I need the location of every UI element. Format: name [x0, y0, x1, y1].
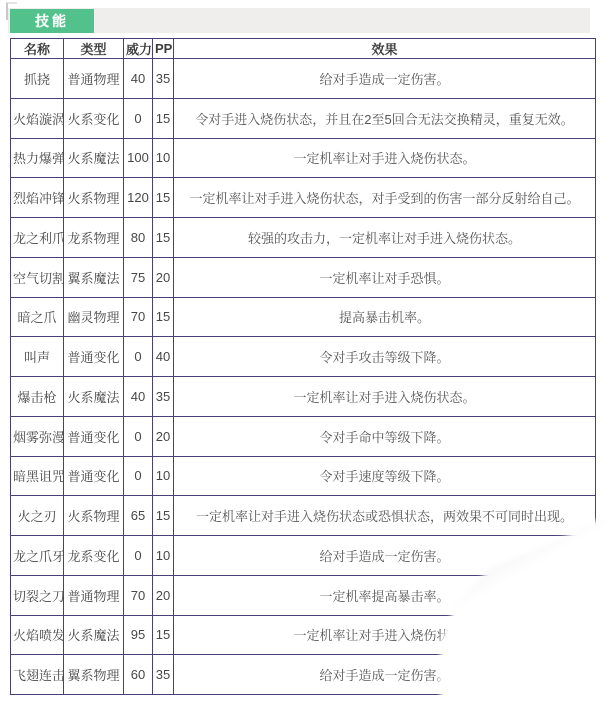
- skill-power-cell: 0: [124, 456, 153, 496]
- section-header-strip: [8, 8, 590, 33]
- skill-effect-cell: 令对手攻击等级下降。: [174, 337, 596, 377]
- page: 技能 名称 类型 威力 PP 效果 抓挠 普通物理 40 35 给对手造成一定伤…: [0, 0, 605, 702]
- skill-pp-cell: 10: [153, 456, 174, 496]
- skill-power-cell: 95: [124, 615, 153, 655]
- skill-type-cell: 普通物理: [64, 59, 124, 99]
- skill-table-body: 抓挠 普通物理 40 35 给对手造成一定伤害。 火焰漩涡 火系变化 0 15 …: [11, 59, 596, 695]
- skill-effect-cell: 一定机率让对手进入烧伤状态。: [174, 615, 596, 655]
- skill-name-cell: 爆击枪: [11, 377, 64, 417]
- skill-pp-cell: 15: [153, 178, 174, 218]
- skill-type-cell: 龙系物理: [64, 218, 124, 258]
- skill-pp-cell: 20: [153, 257, 174, 297]
- skill-power-cell: 70: [124, 297, 153, 337]
- skill-effect-cell: 给对手造成一定伤害。: [174, 536, 596, 576]
- skill-name-cell: 抓挠: [11, 59, 64, 99]
- skill-table: 名称 类型 威力 PP 效果 抓挠 普通物理 40 35 给对手造成一定伤害。 …: [10, 38, 596, 695]
- skill-name-cell: 龙之利爪: [11, 218, 64, 258]
- skill-power-cell: 60: [124, 655, 153, 695]
- skill-name-cell: 飞翅连击: [11, 655, 64, 695]
- skill-type-cell: 火系魔法: [64, 615, 124, 655]
- skill-name-cell: 火焰喷发: [11, 615, 64, 655]
- table-row: 切裂之刀 普通物理 70 20 一定机率提高暴击率。: [11, 575, 596, 615]
- header-effect: 效果: [174, 39, 596, 59]
- table-header-row: 名称 类型 威力 PP 效果: [11, 39, 596, 59]
- skill-name-cell: 切裂之刀: [11, 575, 64, 615]
- skill-pp-cell: 20: [153, 416, 174, 456]
- skill-type-cell: 普通变化: [64, 337, 124, 377]
- skill-power-cell: 0: [124, 536, 153, 576]
- skill-name-cell: 火焰漩涡: [11, 98, 64, 138]
- skill-power-cell: 80: [124, 218, 153, 258]
- skill-pp-cell: 35: [153, 377, 174, 417]
- header-name: 名称: [11, 39, 64, 59]
- skill-power-cell: 0: [124, 416, 153, 456]
- skill-pp-cell: 15: [153, 218, 174, 258]
- skill-power-cell: 65: [124, 496, 153, 536]
- header-type: 类型: [64, 39, 124, 59]
- skill-effect-cell: 提高暴击机率。: [174, 297, 596, 337]
- skill-power-cell: 40: [124, 377, 153, 417]
- table-row: 烟雾弥漫 普通变化 0 20 令对手命中等级下降。: [11, 416, 596, 456]
- skill-effect-cell: 令对手命中等级下降。: [174, 416, 596, 456]
- skill-effect-cell: 一定机率让对手恐惧。: [174, 257, 596, 297]
- skill-type-cell: 火系变化: [64, 98, 124, 138]
- skill-pp-cell: 40: [153, 337, 174, 377]
- skills-tab-badge[interactable]: 技能: [10, 9, 94, 33]
- skill-type-cell: 火系魔法: [64, 138, 124, 178]
- skill-power-cell: 40: [124, 59, 153, 99]
- skill-type-cell: 普通变化: [64, 416, 124, 456]
- table-row: 火焰喷发 火系魔法 95 15 一定机率让对手进入烧伤状态。: [11, 615, 596, 655]
- skill-power-cell: 0: [124, 98, 153, 138]
- skill-power-cell: 100: [124, 138, 153, 178]
- table-row: 烈焰冲锋 火系物理 120 15 一定机率让对手进入烧伤状态，对手受到的伤害一部…: [11, 178, 596, 218]
- table-row: 空气切割 翼系魔法 75 20 一定机率让对手恐惧。: [11, 257, 596, 297]
- skill-effect-cell: 令对手速度等级下降。: [174, 456, 596, 496]
- skill-pp-cell: 10: [153, 138, 174, 178]
- skill-power-cell: 0: [124, 337, 153, 377]
- skill-name-cell: 空气切割: [11, 257, 64, 297]
- table-row: 龙之利爪 龙系物理 80 15 较强的攻击力，一定机率让对手进入烧伤状态。: [11, 218, 596, 258]
- skill-pp-cell: 10: [153, 536, 174, 576]
- skill-name-cell: 烟雾弥漫: [11, 416, 64, 456]
- table-row: 抓挠 普通物理 40 35 给对手造成一定伤害。: [11, 59, 596, 99]
- skill-type-cell: 火系物理: [64, 496, 124, 536]
- skill-type-cell: 火系物理: [64, 178, 124, 218]
- skill-type-cell: 幽灵物理: [64, 297, 124, 337]
- skill-name-cell: 热力爆弹: [11, 138, 64, 178]
- skill-name-cell: 暗之爪: [11, 297, 64, 337]
- skill-type-cell: 翼系物理: [64, 655, 124, 695]
- skill-pp-cell: 15: [153, 496, 174, 536]
- skill-pp-cell: 35: [153, 655, 174, 695]
- header-pp: PP: [153, 39, 174, 59]
- table-row: 暗黑诅咒 普通变化 0 10 令对手速度等级下降。: [11, 456, 596, 496]
- table-row: 火之刃 火系物理 65 15 一定机率让对手进入烧伤状态或恐惧状态，两效果不可同…: [11, 496, 596, 536]
- skill-name-cell: 龙之爪牙: [11, 536, 64, 576]
- skill-type-cell: 普通物理: [64, 575, 124, 615]
- table-row: 龙之爪牙 龙系变化 0 10 给对手造成一定伤害。: [11, 536, 596, 576]
- table-row: 爆击枪 火系魔法 40 35 一定机率让对手进入烧伤状态。: [11, 377, 596, 417]
- skill-pp-cell: 35: [153, 59, 174, 99]
- skill-effect-cell: 一定机率让对手进入烧伤状态或恐惧状态，两效果不可同时出现。: [174, 496, 596, 536]
- skill-effect-cell: 给对手造成一定伤害。: [174, 59, 596, 99]
- table-row: 暗之爪 幽灵物理 70 15 提高暴击机率。: [11, 297, 596, 337]
- skill-effect-cell: 一定机率提高暴击率。: [174, 575, 596, 615]
- skill-name-cell: 火之刃: [11, 496, 64, 536]
- table-row: 热力爆弹 火系魔法 100 10 一定机率让对手进入烧伤状态。: [11, 138, 596, 178]
- skill-type-cell: 翼系魔法: [64, 257, 124, 297]
- skill-effect-cell: 一定机率让对手进入烧伤状态，对手受到的伤害一部分反射给自己。: [174, 178, 596, 218]
- skill-effect-cell: 给对手造成一定伤害。: [174, 655, 596, 695]
- table-row: 叫声 普通变化 0 40 令对手攻击等级下降。: [11, 337, 596, 377]
- skill-effect-cell: 一定机率让对手进入烧伤状态。: [174, 377, 596, 417]
- skill-name-cell: 叫声: [11, 337, 64, 377]
- skill-power-cell: 120: [124, 178, 153, 218]
- header-power: 威力: [124, 39, 153, 59]
- skill-effect-cell: 较强的攻击力，一定机率让对手进入烧伤状态。: [174, 218, 596, 258]
- skill-effect-cell: 令对手进入烧伤状态，并且在2至5回合无法交换精灵，重复无效。: [174, 98, 596, 138]
- skill-power-cell: 75: [124, 257, 153, 297]
- skill-type-cell: 龙系变化: [64, 536, 124, 576]
- table-row: 火焰漩涡 火系变化 0 15 令对手进入烧伤状态，并且在2至5回合无法交换精灵，…: [11, 98, 596, 138]
- skill-power-cell: 70: [124, 575, 153, 615]
- skill-type-cell: 火系魔法: [64, 377, 124, 417]
- skill-pp-cell: 20: [153, 575, 174, 615]
- skill-effect-cell: 一定机率让对手进入烧伤状态。: [174, 138, 596, 178]
- skill-pp-cell: 15: [153, 297, 174, 337]
- table-row: 飞翅连击 翼系物理 60 35 给对手造成一定伤害。: [11, 655, 596, 695]
- skill-name-cell: 暗黑诅咒: [11, 456, 64, 496]
- skill-pp-cell: 15: [153, 98, 174, 138]
- skill-name-cell: 烈焰冲锋: [11, 178, 64, 218]
- skill-pp-cell: 15: [153, 615, 174, 655]
- skill-type-cell: 普通变化: [64, 456, 124, 496]
